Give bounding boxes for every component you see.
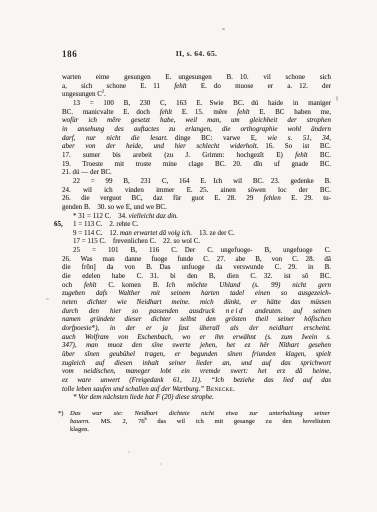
text-segment: die edelen habe C. 31. bi den B, dien C.… xyxy=(62,272,331,280)
text-line: durch den hier so passenden ausdruck nei… xyxy=(62,307,331,316)
text-segment: Ich möchte Uhland (s. 99) nicht gern xyxy=(166,281,331,289)
text-line: 21. dú — der BC. xyxy=(62,168,331,177)
scan-speck xyxy=(128,451,130,453)
text-segment: neten dichter wie Neidhart meine. mich d… xyxy=(62,298,331,306)
text-segment: och xyxy=(62,281,84,289)
text-segment: E. 15. mêre xyxy=(172,108,237,116)
text-line: 65,1 = 113 C. 2. rehte C. xyxy=(62,220,331,229)
text-line: 19. Troeste mit troste mine clage BC. 20… xyxy=(62,160,331,169)
text-segment: E. BC haben me, xyxy=(250,108,331,116)
text-line: 24. wil ich vinden immer E. 25. ainen sö… xyxy=(62,186,331,195)
text-segment: Benecke xyxy=(206,385,233,393)
text-segment: tolle leben saufen und schallen auf der … xyxy=(62,385,206,393)
text-segment: 17 = 115 C. frevenlichen C. 22. so wol C… xyxy=(73,237,200,245)
text-segment: durch den hier so passenden ausdruck xyxy=(62,307,226,315)
text-line: * 31 = 112 C. 34. vielleicht daz din. xyxy=(62,212,331,221)
text-line: 26. Was man danne fuoge funde C. 27. abe… xyxy=(62,255,331,264)
text-line: 17. sumer bis arebeit (zu J. Grimm: hoch… xyxy=(62,151,331,160)
text-line: die frôn] da von B. Das unfuoge da versw… xyxy=(62,263,331,272)
text-segment: namen gründete dieser dichter selbst den… xyxy=(62,315,331,323)
text-segment: neid xyxy=(226,307,244,315)
text-segment: genden B. 30. so we E, und we BC. xyxy=(62,203,167,211)
text-line: vom neidischen, maneger lobt ein vremde … xyxy=(62,367,331,376)
text-line: namen gründete dieser dichter selbst den… xyxy=(62,315,331,324)
text-segment: 25 = 101 B, 116 C. Der C. ungefuoge- B, … xyxy=(73,246,331,254)
text-segment: in ansehung des auftactes zu erlangen, d… xyxy=(62,125,331,133)
text-line: die edelen habe C. 31. bi den B, dien C.… xyxy=(62,272,331,281)
book-page: 186 II, s. 64. 65. warten eime gesungen … xyxy=(0,0,377,512)
text-line: auch Wolfram von Eschenbach, wo er ihn e… xyxy=(62,333,331,342)
page-number: 186 xyxy=(62,49,77,59)
text-segment: 21. dú — der BC. xyxy=(62,168,112,176)
text-segment: 1 = 113 C. 2. rehte C. xyxy=(73,220,139,228)
text-line: tolle leben saufen und schallen auf der … xyxy=(62,385,331,394)
text-line: warten eime gesungen E. ungesungen B. 10… xyxy=(62,73,331,82)
text-segment: 26. die verguot BC, daz für guot E. 28. … xyxy=(62,194,264,202)
text-segment: klagen. xyxy=(70,426,89,433)
text-segment: zugeben dafs Walther mit seinem harten t… xyxy=(62,289,331,297)
text-segment: fehlt xyxy=(295,151,307,159)
text-segment: dinge BC: varwe E, xyxy=(168,134,267,142)
text-segment: 9 = 114 C. 12. xyxy=(73,229,120,237)
text-segment: zugleich auf diesen inhalt seiner lieder… xyxy=(62,359,331,367)
text-segment: fehlt xyxy=(237,108,249,116)
text-segment: man erwartet dâ volg ich. xyxy=(120,229,192,237)
text-segment: andeuten. auf seinen xyxy=(244,307,331,315)
text-line: dorfpoesie*), in der er ja fast überall … xyxy=(62,324,331,333)
text-segment: fehlen xyxy=(264,194,281,202)
text-line: bauern. MS. 2, 76b das wil ich mit gesan… xyxy=(70,418,330,426)
text-segment: bauern. xyxy=(70,418,90,425)
text-segment: 22 = 99 B, 231 C, 164 E. Ich wil BC. 23.… xyxy=(73,177,331,185)
text-line: wofür ich mêre gesetzt habe, weil man, u… xyxy=(62,116,331,125)
text-line: zugleich auf diesen inhalt seiner lieder… xyxy=(62,359,331,368)
text-segment: fehlt xyxy=(174,82,186,90)
text-segment: auch Wolfram von Eschenbach, wo er ihn e… xyxy=(62,333,331,341)
text-line: 9 = 114 C. 12. man erwartet dâ volg ich.… xyxy=(62,229,331,238)
text-segment: E. 29. tu- xyxy=(281,194,331,202)
text-segment: 19. Troeste mit troste mine clage BC. 20… xyxy=(62,160,331,168)
text-segment: 16. So ist BC. xyxy=(258,142,331,150)
text-segment: MS. 2, 76 xyxy=(90,418,145,425)
text-segment: 13 = 100 B, 230 C, 163 E. Swie BC. dú ha… xyxy=(73,99,331,107)
text-segment: ungesungen C xyxy=(62,90,102,98)
text-line: genden B. 30. so we E, und we BC. xyxy=(62,203,331,212)
text-segment: * 31 = 112 C. 34. xyxy=(73,212,129,220)
text-segment: über sînen geubühel tragen, er begunden … xyxy=(62,350,331,358)
text-segment: E. do muose er a. 12. der xyxy=(187,82,331,90)
text-segment: . xyxy=(233,385,235,393)
scan-speck xyxy=(160,463,162,465)
text-segment: wofür ich mêre gesetzt habe, weil man, u… xyxy=(62,116,331,124)
text-segment: BC. xyxy=(308,151,331,159)
text-line: in ansehung des auftactes zu erlangen, d… xyxy=(62,125,331,134)
text-line: zugeben dafs Walther mit seinem harten t… xyxy=(62,289,331,298)
text-segment: vielleicht daz din. xyxy=(129,212,179,220)
scan-speck xyxy=(222,28,225,30)
text-segment: 24. wil ich vinden immer E. 25. ainen sö… xyxy=(62,186,331,194)
footnote-marker: *) xyxy=(58,410,63,418)
text-line: 17 = 115 C. frevenlichen C. 22. so wol C… xyxy=(62,237,331,246)
text-segment: 13. ze der C. xyxy=(192,229,235,237)
text-segment: 26. Was man danne fuoge funde C. 27. abe… xyxy=(62,255,331,263)
scan-speck xyxy=(46,298,49,300)
text-segment: ), in der er ja fast überall als der nei… xyxy=(95,324,331,332)
text-segment: fehlt xyxy=(160,108,172,116)
text-segment: darf, nur nicht die lesart. xyxy=(62,134,168,142)
text-segment: ez ware unwert (Freigedank 61, 11). “Ich… xyxy=(62,376,331,384)
text-line: 25 = 101 B, 116 C. Der C. ungefuoge- B, … xyxy=(62,246,331,255)
text-line: neten dichter wie Neidhart meine. mich d… xyxy=(62,298,331,307)
text-line: ungesungen C2. xyxy=(62,90,331,99)
text-segment: Das war sie: Neidhart dichtete nicht etw… xyxy=(70,410,330,417)
text-segment: das wil ich mit gesange zu den hoveliute… xyxy=(147,418,330,425)
text-segment: 17. sumer bis arebeit (zu J. Grimm: hoch… xyxy=(62,151,295,159)
text-line: darf, nur nicht die lesart. dinge BC: va… xyxy=(62,134,331,143)
apparatus-text: warten eime gesungen E. ungesungen B. 10… xyxy=(62,73,331,402)
running-title: II, s. 64. 65. xyxy=(62,49,331,58)
text-segment: fehlt xyxy=(84,281,96,289)
text-line: 347), man muoz den sîne swerte jehen, he… xyxy=(62,341,331,350)
text-line: * Vor dem nächsten liede hat F (20) dies… xyxy=(62,393,331,402)
text-line: 22 = 99 B, 231 C, 164 E. Ich wil BC. 23.… xyxy=(62,177,331,186)
text-segment: . xyxy=(104,90,106,98)
text-segment: vom neidischen, maneger lobt ein vremde … xyxy=(62,367,331,375)
text-line: klagen. xyxy=(70,426,330,434)
text-line: ez ware unwert (Freigedank 61, 11). “Ich… xyxy=(62,376,331,385)
text-segment: C. komen B. xyxy=(97,281,167,289)
text-line: och fehlt C. komen B. Ich möchte Uhland … xyxy=(62,281,331,290)
text-segment: warten eime gesungen E. ungesungen B. 10… xyxy=(62,73,331,81)
text-segment: dorfpoesie xyxy=(62,324,92,332)
text-line: 13 = 100 B, 230 C, 163 E. Swie BC. dú ha… xyxy=(62,99,331,108)
text-line: aber von der heide, und hier schlecht wi… xyxy=(62,142,331,151)
text-segment: BC. manicvalte E. doch xyxy=(62,108,160,116)
text-line: über sînen geubühel tragen, er begunden … xyxy=(62,350,331,359)
margin-strophe-number: 65, xyxy=(54,220,63,229)
page-header: 186 II, s. 64. 65. xyxy=(62,49,331,61)
text-segment: a, sich schone E. 11 xyxy=(62,82,174,90)
footnote: *)Das war sie: Neidhart dichtete nicht e… xyxy=(70,410,330,435)
text-segment: 347), man muoz den sîne swerte jehen, he… xyxy=(62,341,331,349)
text-segment: * Vor dem nächsten liede hat F (20) dies… xyxy=(73,393,214,401)
text-line: 26. die verguot BC, daz für guot E. 28. … xyxy=(62,194,331,203)
text-segment: wie s. 51, 34, xyxy=(267,134,331,142)
text-segment: die frôn] da von B. Das unfuoge da versw… xyxy=(62,263,331,271)
text-line: BC. manicvalte E. doch fehlt E. 15. mêre… xyxy=(62,108,331,117)
text-line: *)Das war sie: Neidhart dichtete nicht e… xyxy=(70,410,330,418)
text-segment: aber von der heide, und hier schlecht wi… xyxy=(62,142,258,150)
scan-speck xyxy=(336,96,338,101)
